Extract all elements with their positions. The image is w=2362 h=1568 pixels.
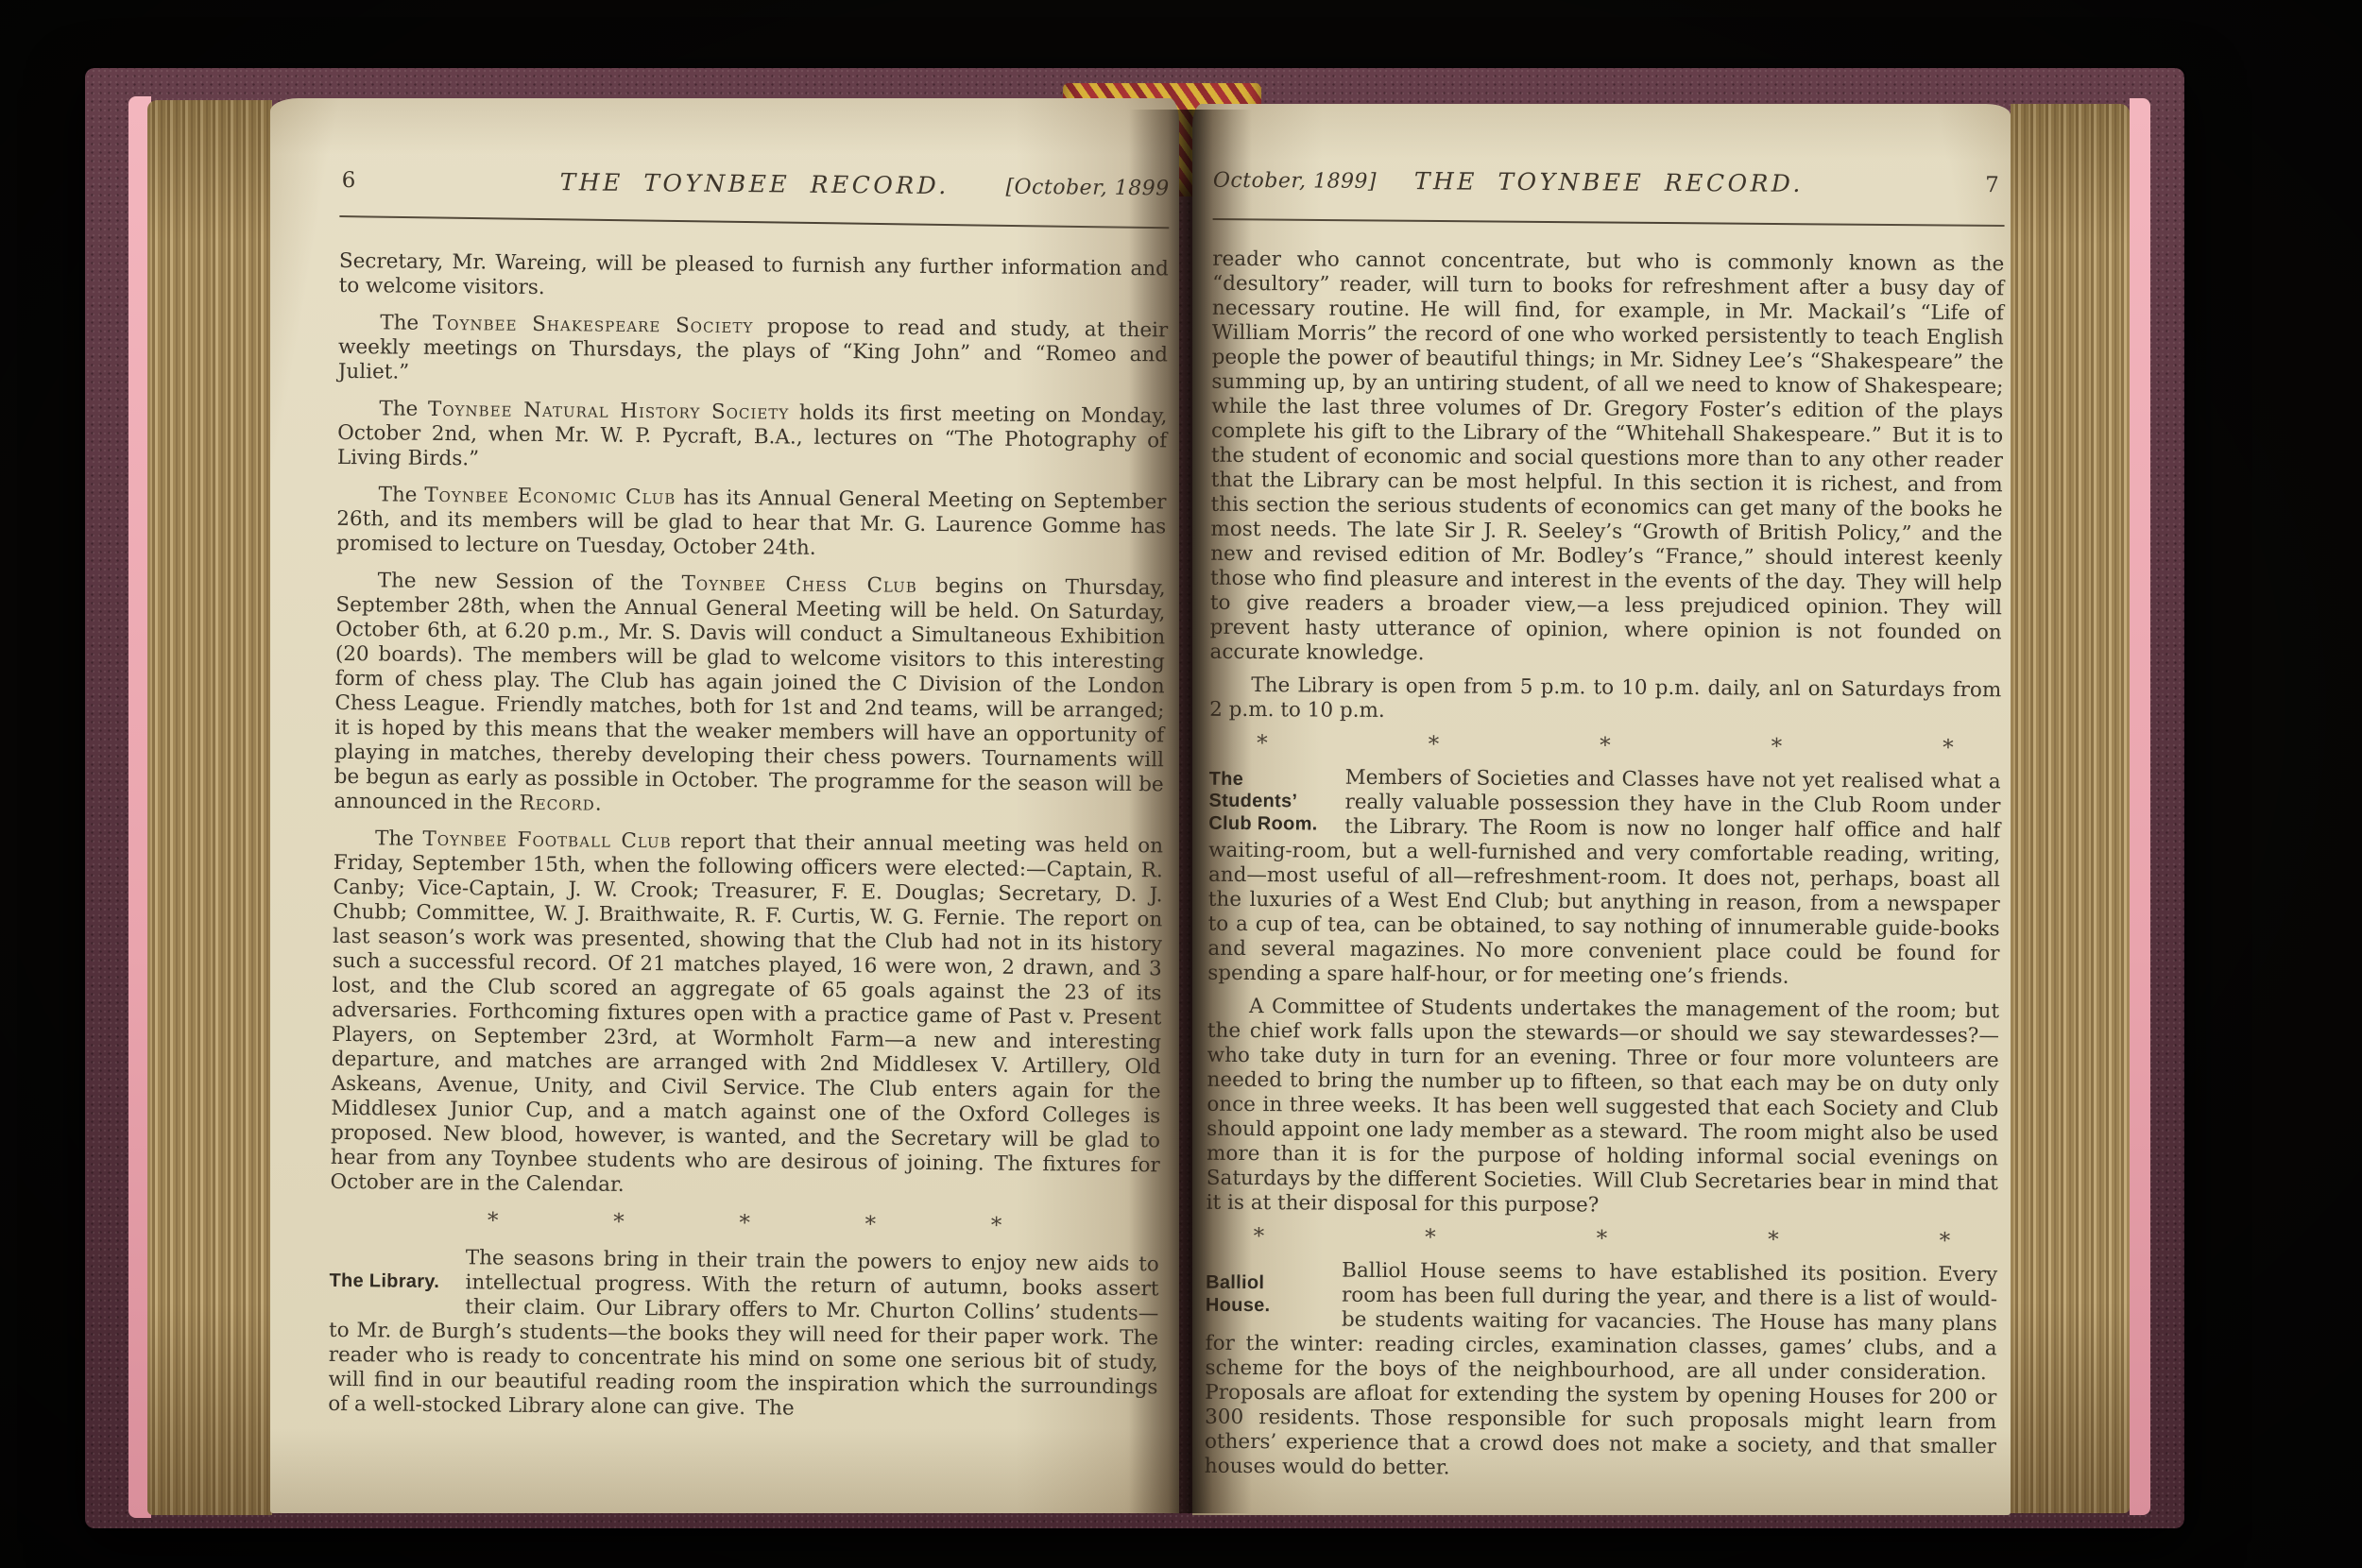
page-6: 6 THE TOYNBEE RECORD. [October, 1899 Sec… [270,98,1179,1513]
paragraph: reader who cannot concentrate, but who i… [1209,247,2004,671]
asterisk: * [1257,731,1268,756]
asterisk: * [1597,1226,1608,1251]
paragraph: Balliol House.Balliol House seems to hav… [1205,1258,1998,1485]
small-caps-name: Record [519,792,594,816]
text-run: The Library is open from 5 p.m. to 10 p.… [1209,673,2001,723]
paragraph: The Toynbee Economic Club has its Annual… [336,483,1167,564]
text-run: The new Session of the [378,569,682,595]
asterisk: * [613,1210,625,1235]
paragraph: A Committee of Students undertakes the m… [1207,995,2000,1221]
side-heading: The Library. [329,1245,451,1320]
side-heading-label: The Students’ Club Room. [1208,768,1329,836]
right-page-edges [2011,104,2130,1513]
page-number: 7 [1985,173,1999,197]
page-7-text-column: reader who cannot concentrate, but who i… [1205,247,2005,1493]
paragraph: The Toynbee Football Club report that th… [330,827,1163,1202]
paragraph: Secretary, Mr. Wareing, will be pleased … [339,249,1169,306]
paragraph: The new Session of the Toynbee Chess Clu… [334,569,1165,822]
asterisk: * [864,1212,876,1236]
text-run: . [595,793,602,816]
side-heading: The Students’ Club Room. [1208,765,1330,840]
paragraph: The Toynbee Natural History Society hold… [337,397,1168,478]
text-run: begins on Thursday, September 28th, when… [334,574,1165,815]
text-run: The [375,827,423,850]
text-run: The [378,483,424,506]
page-7: October, 1899] THE TOYNBEE RECORD. 7 rea… [1192,104,2011,1515]
text-run: The seasons bring in their train the pow… [328,1246,1159,1420]
asterisk-separator: ***** [488,1208,1002,1237]
text-run: reader who cannot concentrate, but who i… [1209,247,2004,665]
journal-title: THE TOYNBEE RECORD. [1213,166,2005,199]
asterisk: * [1768,1228,1779,1253]
small-caps-name: Toynbee Football Club [422,827,671,854]
page-6-text-column: Secretary, Mr. Wareing, will be pleased … [328,249,1169,1437]
page-7-header: October, 1899] THE TOYNBEE RECORD. 7 [1213,166,2005,210]
text-run: report that their annual meeting was hel… [330,829,1163,1197]
asterisk: * [991,1214,1002,1238]
right-endpaper-edge [2130,98,2150,1515]
book-cover: 6 THE TOYNBEE RECORD. [October, 1899 Sec… [85,68,2184,1528]
text-run: A Committee of Students undertakes the m… [1207,995,2000,1217]
side-heading-label: Balliol House. [1206,1272,1271,1318]
side-heading: Balliol House. [1206,1258,1327,1333]
asterisk: * [1771,735,1783,759]
small-caps-name: Toynbee Economic Club [424,484,676,510]
small-caps-name: Toynbee Chess Club [681,571,917,597]
page-6-header: 6 THE TOYNBEE RECORD. [October, 1899 [340,166,1170,212]
text-run: Secretary, Mr. Wareing, will be pleased … [339,249,1169,299]
side-heading-label: The Library. [329,1270,439,1294]
asterisk: * [739,1211,750,1236]
text-run: The [379,397,428,420]
asterisk: * [1429,732,1440,757]
asterisk: * [1940,1229,1951,1253]
paragraph: The Library is open from 5 p.m. to 10 p.… [1209,673,2001,728]
paragraph: The Library.The seasons bring in their t… [328,1245,1159,1424]
small-caps-name: Toynbee Shakespeare Society [433,312,754,338]
header-rule [1213,218,2005,227]
asterisk: * [488,1208,499,1233]
asterisk-separator: ***** [1254,1224,1951,1253]
left-page-edges [147,100,272,1515]
asterisk: * [1254,1224,1265,1249]
paragraph: The Students’ Club Room.Members of Socie… [1207,765,2001,992]
asterisk-separator: ***** [1257,731,1954,760]
issue-date: [October, 1899 [1005,176,1169,201]
photo-background: 6 THE TOYNBEE RECORD. [October, 1899 Sec… [0,0,2362,1568]
header-rule [339,215,1169,229]
asterisk: * [1425,1225,1436,1250]
text-run: The [380,311,433,335]
asterisk: * [1943,736,1954,760]
paragraph: The Toynbee Shakespeare Society propose … [338,311,1169,392]
small-caps-name: Toynbee Natural History Society [428,398,789,425]
asterisk: * [1600,733,1611,758]
